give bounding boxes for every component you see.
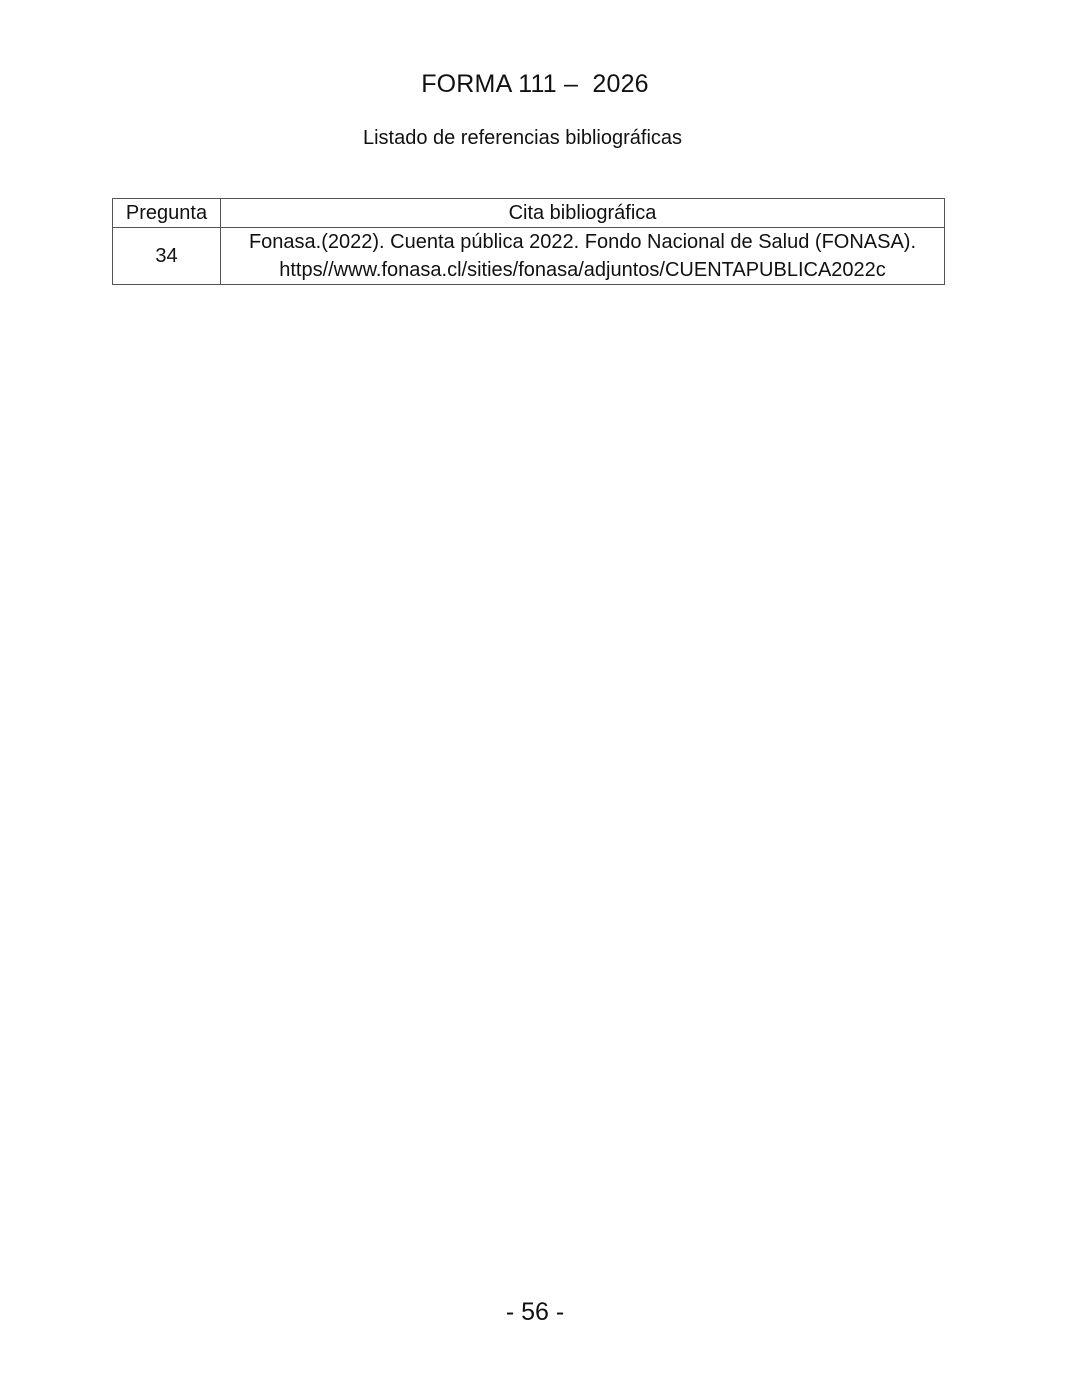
- references-table: Pregunta Cita bibliográfica 34 Fonasa.(2…: [112, 198, 945, 285]
- cell-cita: Fonasa.(2022). Cuenta pública 2022. Fond…: [221, 228, 945, 285]
- cell-pregunta: 34: [113, 228, 221, 285]
- table-row: 34 Fonasa.(2022). Cuenta pública 2022. F…: [113, 228, 945, 285]
- column-header-cita: Cita bibliográfica: [221, 199, 945, 228]
- document-title: FORMA 111 – 2026: [0, 70, 1070, 99]
- column-header-pregunta: Pregunta: [113, 199, 221, 228]
- document-subtitle: Listado de referencias bibliográficas: [0, 127, 1045, 150]
- citation-text: Fonasa.(2022). Cuenta pública 2022. Fond…: [221, 228, 944, 256]
- citation-url: https//www.fonasa.cl/sities/fonasa/adjun…: [221, 256, 944, 284]
- table-header-row: Pregunta Cita bibliográfica: [113, 199, 945, 228]
- page-number: - 56 -: [0, 1298, 1070, 1327]
